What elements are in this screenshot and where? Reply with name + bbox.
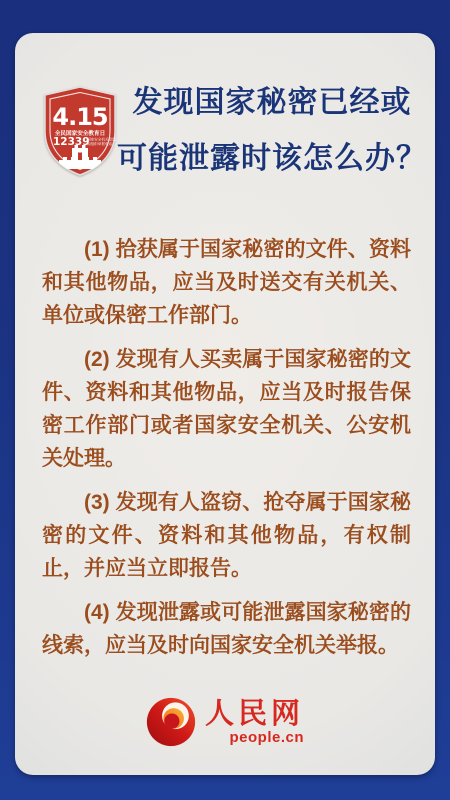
body-paragraph-4: (4) 发现泄露或可能泄露国家秘密的线索，应当及时向国家安全机关举报。 <box>42 596 411 662</box>
brand-name: 人民网 <box>205 699 304 729</box>
body-paragraph-2: (2) 发现有人买卖属于国家秘密的文件、资料和其他物品，应当及时报告保密工作部门… <box>42 343 411 475</box>
badge-day-text: 4.15 <box>52 103 108 131</box>
people-cn-logo: 人民网 people.cn <box>15 697 435 747</box>
title-line-2: 可能泄露时该怎么办？ <box>117 131 427 187</box>
title-line-1: 发现国家秘密已经或 <box>117 75 427 131</box>
security-education-day-badge-icon: 4.15 全民国家安全教育日 12339 国家安全机关受理公民 和组织举报电话 <box>43 85 117 177</box>
poster-title: 发现国家秘密已经或 可能泄露时该怎么办？ <box>117 75 427 187</box>
poster-header: 4.15 全民国家安全教育日 12339 国家安全机关受理公民 和组织举报电话 … <box>15 33 435 187</box>
people-cn-wordmark: 人民网 people.cn <box>205 699 304 746</box>
poster-card: 4.15 全民国家安全教育日 12339 国家安全机关受理公民 和组织举报电话 … <box>15 33 435 775</box>
people-cn-logo-icon <box>146 697 196 747</box>
poster-body: (1) 拾获属于国家秘密的文件、资料和其他物品，应当及时送交有关机关、单位或保密… <box>15 233 435 662</box>
badge-hotline-note-line2: 和组织举报电话 <box>87 141 113 146</box>
brand-domain: people.cn <box>229 730 304 746</box>
body-paragraph-1: (1) 拾获属于国家秘密的文件、资料和其他物品，应当及时送交有关机关、单位或保密… <box>42 233 411 332</box>
body-paragraph-3: (3) 发现有人盗窃、抢夺属于国家秘密的文件、资料和其他物品，有权制止，并应当立… <box>42 486 411 585</box>
badge-hotline-note-line1: 国家安全机关受理公民 <box>87 137 117 142</box>
